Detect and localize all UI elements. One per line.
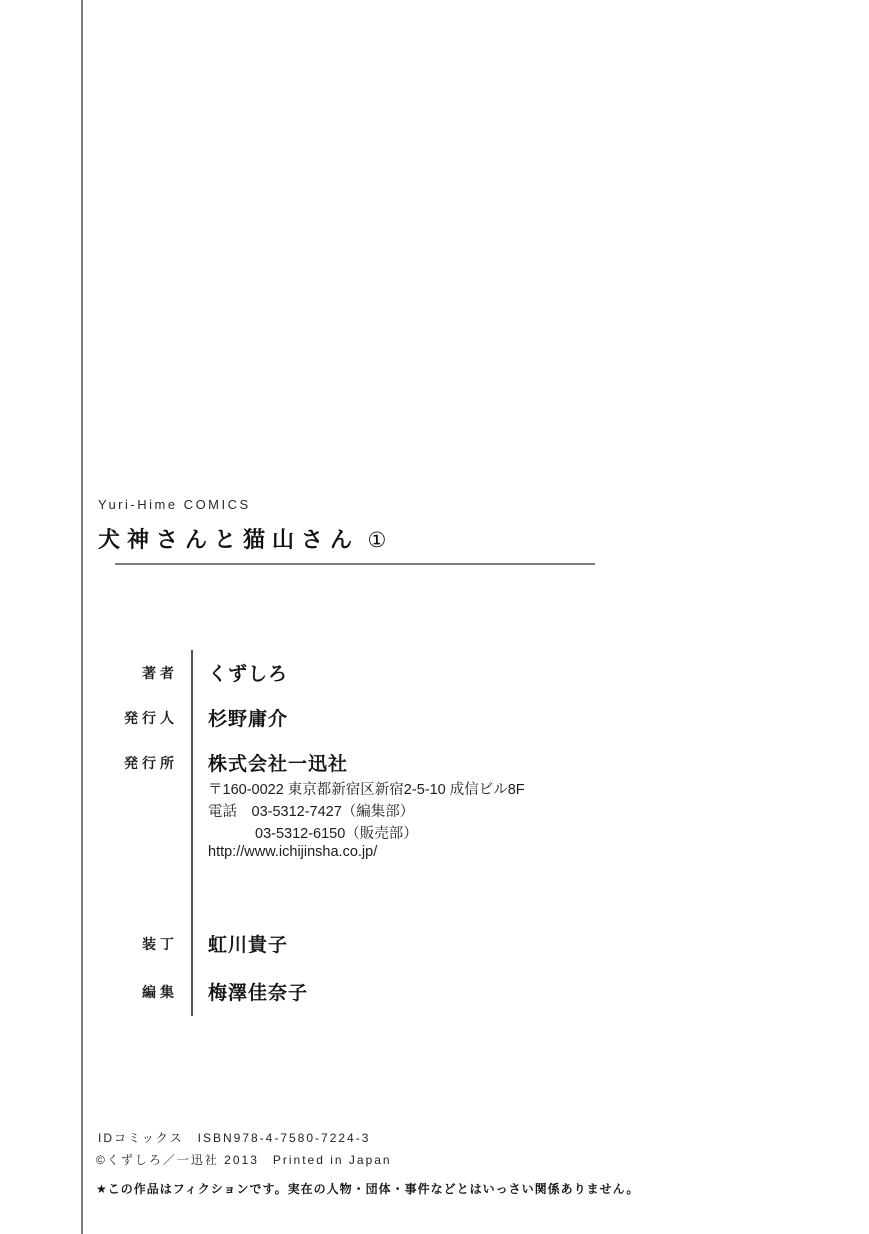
- book-title: 犬神さんと猫山さん: [98, 527, 359, 552]
- credit-value-author: くずしろ: [208, 659, 288, 686]
- credit-value-publishing-house: 株式会社一迅社: [208, 749, 348, 776]
- credits-table: 著者 くずしろ 発行人 杉野庸介 発行所 株式会社一迅社 〒160-0022 東…: [98, 650, 618, 1030]
- title-line: 犬神さんと猫山さん ①: [98, 523, 658, 554]
- colophon-footer: IDコミックス ISBN978-4-7580-7224-3 ©くずしろ／一迅社 …: [96, 1129, 696, 1197]
- imprint-isbn-line: IDコミックス ISBN978-4-7580-7224-3: [98, 1129, 696, 1146]
- credit-value-cover-design: 虹川貴子: [208, 930, 288, 957]
- credit-label-publishing-house: 発行所: [98, 753, 178, 773]
- page-gutter-rule: [81, 0, 83, 1234]
- publisher-phone-sales: 03-5312-6150（販売部）: [255, 822, 418, 843]
- credit-value-editor: 梅澤佳奈子: [208, 978, 308, 1005]
- publisher-url: http://www.ichijinsha.co.jp/: [208, 844, 377, 860]
- fiction-disclaimer-line: ★この作品はフィクションです。実在の人物・団体・事件などとはいっさい関係ありませ…: [96, 1180, 696, 1197]
- publisher-address: 〒160-0022 東京都新宿区新宿2-5-10 成信ビル8F: [208, 778, 525, 799]
- series-label: Yuri-Hime COMICS: [98, 497, 658, 512]
- copyright-line: ©くずしろ／一迅社 2013 Printed in Japan: [96, 1151, 696, 1168]
- credit-label-cover-design: 装丁: [98, 934, 178, 954]
- credit-label-editor: 編集: [98, 982, 178, 1002]
- publisher-phone-editorial: 電話 03-5312-7427（編集部）: [208, 800, 414, 821]
- credit-value-publisher-person: 杉野庸介: [208, 704, 288, 731]
- credit-label-publisher-person: 発行人: [98, 708, 178, 728]
- credit-label-author: 著者: [98, 663, 178, 683]
- title-underline: [115, 563, 595, 565]
- volume-number-badge: ①: [367, 529, 386, 552]
- credits-divider-rule: [191, 650, 193, 1016]
- colophon-header: Yuri-Hime COMICS 犬神さんと猫山さん ①: [98, 497, 658, 565]
